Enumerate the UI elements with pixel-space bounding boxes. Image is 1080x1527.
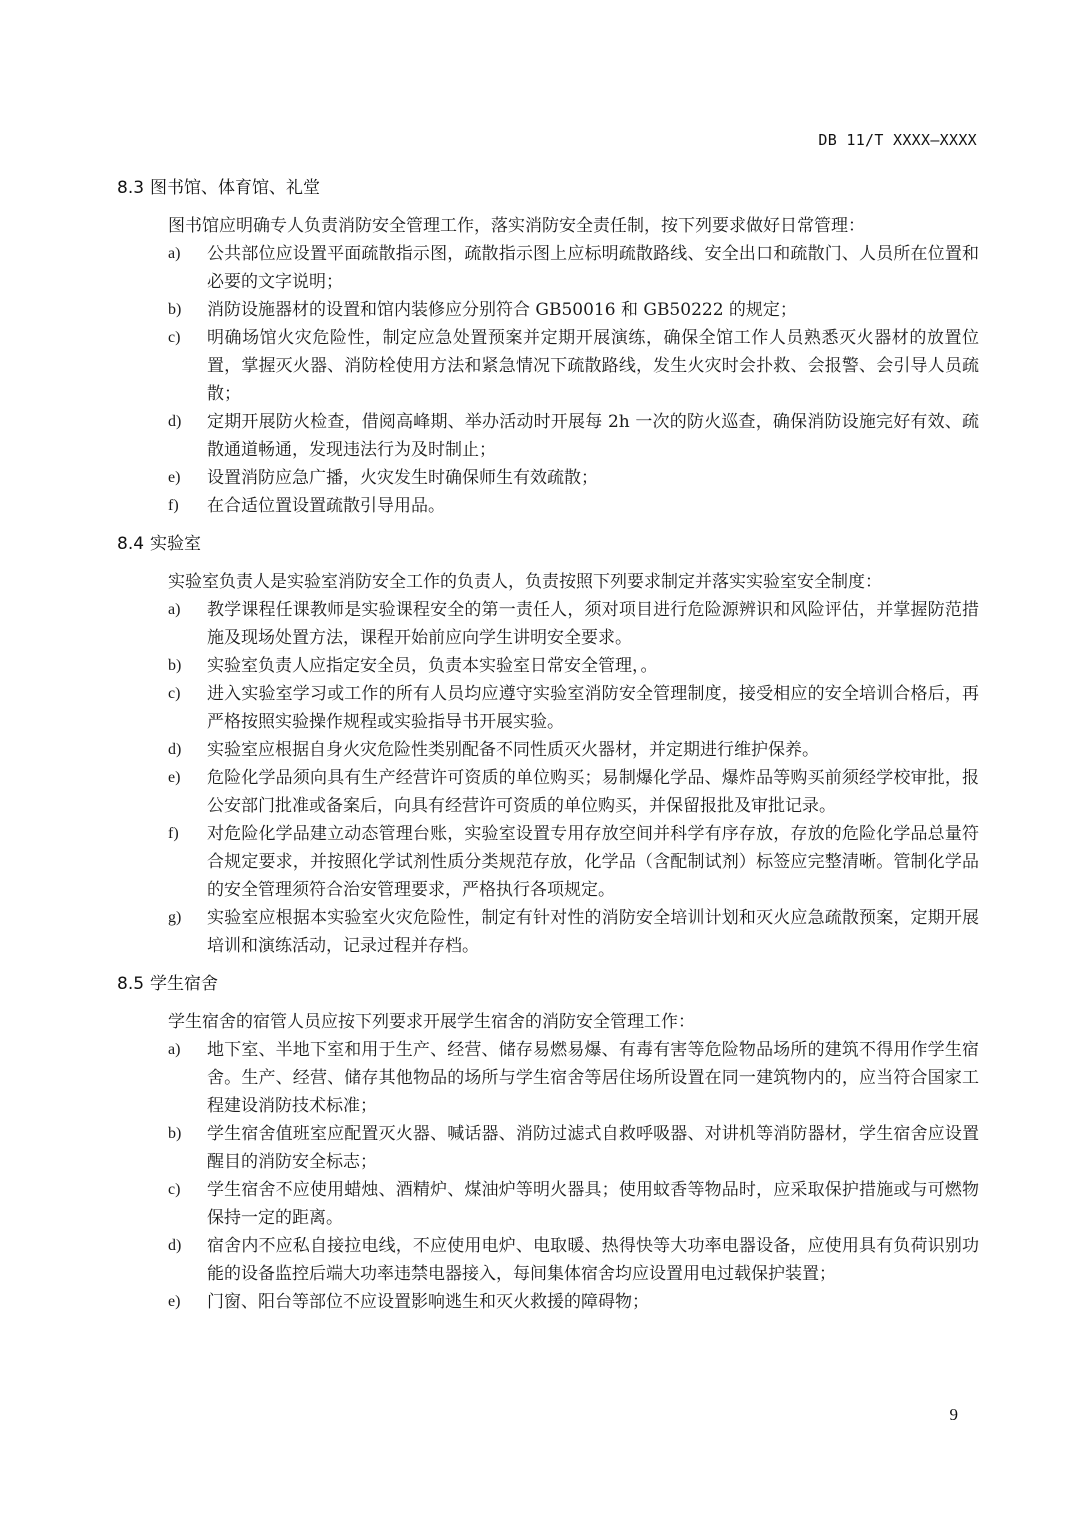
section-title: 实验室 <box>150 534 201 554</box>
list-item: b)实验室负责人应指定安全员，负责本实验室日常安全管理，。 <box>117 652 979 680</box>
list-item-text: 门窗、阳台等部位不应设置影响逃生和灭火救援的障碍物； <box>207 1292 649 1312</box>
list-item: g)实验室应根据本实验室火灾危险性，制定有针对性的消防安全培训计划和灭火应急疏散… <box>117 904 979 960</box>
list-marker: e) <box>168 1288 180 1316</box>
list-item: c)明确场馆火灾危险性，制定应急处置预案并定期开展演练，确保全馆工作人员熟悉灭火… <box>117 324 979 408</box>
section-number: 8.4 <box>117 534 144 554</box>
list-marker: a) <box>168 240 180 268</box>
list-marker: d) <box>168 736 181 764</box>
list-item-text: 公共部位应设置平面疏散指示图，疏散指示图上应标明疏散路线、安全出口和疏散门、人员… <box>207 244 979 292</box>
list-item: a)公共部位应设置平面疏散指示图，疏散指示图上应标明疏散路线、安全出口和疏散门、… <box>117 240 979 296</box>
list-item-text: 学生宿舍不应使用蜡烛、酒精炉、煤油炉等明火器具；使用蚊香等物品时，应采取保护措施… <box>207 1180 979 1228</box>
list-marker: g) <box>168 904 181 932</box>
list-item: a)教学课程任课教师是实验课程安全的第一责任人，须对项目进行危险源辨识和风险评估… <box>117 596 979 652</box>
section-8-3: 8.3图书馆、体育馆、礼堂 图书馆应明确专人负责消防安全管理工作，落实消防安全责… <box>117 176 979 520</box>
list-marker: d) <box>168 408 181 436</box>
section-intro: 图书馆应明确专人负责消防安全管理工作，落实消防安全责任制，按下列要求做好日常管理… <box>117 212 979 240</box>
list-item-text: 进入实验室学习或工作的所有人员均应遵守实验室消防安全管理制度，接受相应的安全培训… <box>207 684 979 732</box>
list-item-text: 宿舍内不应私自接拉电线，不应使用电炉、电取暖、热得快等大功率电器设备，应使用具有… <box>207 1236 979 1284</box>
list-item: e)危险化学品须向具有生产经营许可资质的单位购买；易制爆化学品、爆炸品等购买前须… <box>117 764 979 820</box>
list-item: b)学生宿舍值班室应配置灭火器、喊话器、消防过滤式自救呼吸器、对讲机等消防器材，… <box>117 1120 979 1176</box>
section-title: 图书馆、体育馆、礼堂 <box>150 178 320 198</box>
list-item-text: 危险化学品须向具有生产经营许可资质的单位购买；易制爆化学品、爆炸品等购买前须经学… <box>207 768 979 816</box>
document-code-header: DB 11/T XXXX—XXXX <box>818 131 977 149</box>
list-marker: c) <box>168 1176 180 1204</box>
list-item-text: 地下室、半地下室和用于生产、经营、储存易燃易爆、有毒有害等危险物品场所的建筑不得… <box>207 1040 979 1116</box>
list-marker: b) <box>168 296 181 324</box>
list-marker: c) <box>168 680 180 708</box>
list-item-text: 教学课程任课教师是实验课程安全的第一责任人，须对项目进行危险源辨识和风险评估，并… <box>207 600 979 648</box>
list-item: f)对危险化学品建立动态管理台账，实验室设置专用存放空间并科学有序存放，存放的危… <box>117 820 979 904</box>
list-marker: b) <box>168 652 181 680</box>
list-item: f)在合适位置设置疏散引导用品。 <box>117 492 979 520</box>
section-intro: 学生宿舍的宿管人员应按下列要求开展学生宿舍的消防安全管理工作： <box>117 1008 979 1036</box>
section-number: 8.3 <box>117 178 144 198</box>
list-marker: d) <box>168 1232 181 1260</box>
section-8-5: 8.5学生宿舍 学生宿舍的宿管人员应按下列要求开展学生宿舍的消防安全管理工作： … <box>117 972 979 1316</box>
list-item-text: 实验室负责人应指定安全员，负责本实验室日常安全管理，。 <box>207 656 658 676</box>
list-marker: a) <box>168 1036 180 1064</box>
list-item-text: 消防设施器材的设置和馆内装修应分别符合 GB50016 和 GB50222 的规… <box>207 300 797 320</box>
list-item-text: 定期开展防火检查，借阅高峰期、举办活动时开展每 2h 一次的防火巡查，确保消防设… <box>207 412 979 460</box>
section-title: 学生宿舍 <box>150 974 218 994</box>
document-body: 8.3图书馆、体育馆、礼堂 图书馆应明确专人负责消防安全管理工作，落实消防安全责… <box>117 176 979 1316</box>
page-number: 9 <box>950 1405 959 1425</box>
list-item-text: 学生宿舍值班室应配置灭火器、喊话器、消防过滤式自救呼吸器、对讲机等消防器材，学生… <box>207 1124 979 1172</box>
list-item: d)实验室应根据自身火灾危险性类别配备不同性质灭火器材，并定期进行维护保养。 <box>117 736 979 764</box>
list-item-text: 在合适位置设置疏散引导用品。 <box>207 496 445 516</box>
section-number: 8.5 <box>117 974 144 994</box>
list-item: c)学生宿舍不应使用蜡烛、酒精炉、煤油炉等明火器具；使用蚊香等物品时，应采取保护… <box>117 1176 979 1232</box>
list-marker: f) <box>168 492 179 520</box>
list-marker: c) <box>168 324 180 352</box>
list-item-text: 实验室应根据本实验室火灾危险性，制定有针对性的消防安全培训计划和灭火应急疏散预案… <box>207 908 979 956</box>
list-marker: a) <box>168 596 180 624</box>
list-item-text: 设置消防应急广播，火灾发生时确保师生有效疏散； <box>207 468 598 488</box>
section-8-4: 8.4实验室 实验室负责人是实验室消防安全工作的负责人，负责按照下列要求制定并落… <box>117 532 979 960</box>
document-page: DB 11/T XXXX—XXXX 8.3图书馆、体育馆、礼堂 图书馆应明确专人… <box>0 0 1080 1527</box>
list-item: d)宿舍内不应私自接拉电线，不应使用电炉、电取暖、热得快等大功率电器设备，应使用… <box>117 1232 979 1288</box>
list-marker: e) <box>168 764 180 792</box>
section-heading: 8.3图书馆、体育馆、礼堂 <box>117 176 979 200</box>
list-item: e)设置消防应急广播，火灾发生时确保师生有效疏散； <box>117 464 979 492</box>
list-marker: f) <box>168 820 179 848</box>
list-item: b)消防设施器材的设置和馆内装修应分别符合 GB50016 和 GB50222 … <box>117 296 979 324</box>
section-heading: 8.4实验室 <box>117 532 979 556</box>
list-item-text: 对危险化学品建立动态管理台账，实验室设置专用存放空间并科学有序存放，存放的危险化… <box>207 824 979 900</box>
list-item-text: 明确场馆火灾危险性，制定应急处置预案并定期开展演练，确保全馆工作人员熟悉灭火器材… <box>207 328 979 404</box>
list-item-text: 实验室应根据自身火灾危险性类别配备不同性质灭火器材，并定期进行维护保养。 <box>207 740 819 760</box>
list-item: a)地下室、半地下室和用于生产、经营、储存易燃易爆、有毒有害等危险物品场所的建筑… <box>117 1036 979 1120</box>
list-marker: b) <box>168 1120 181 1148</box>
list-item: d)定期开展防火检查，借阅高峰期、举办活动时开展每 2h 一次的防火巡查，确保消… <box>117 408 979 464</box>
list-item: c)进入实验室学习或工作的所有人员均应遵守实验室消防安全管理制度，接受相应的安全… <box>117 680 979 736</box>
list-marker: e) <box>168 464 180 492</box>
section-heading: 8.5学生宿舍 <box>117 972 979 996</box>
list-item: e)门窗、阳台等部位不应设置影响逃生和灭火救援的障碍物； <box>117 1288 979 1316</box>
section-intro: 实验室负责人是实验室消防安全工作的负责人，负责按照下列要求制定并落实实验室安全制… <box>117 568 979 596</box>
